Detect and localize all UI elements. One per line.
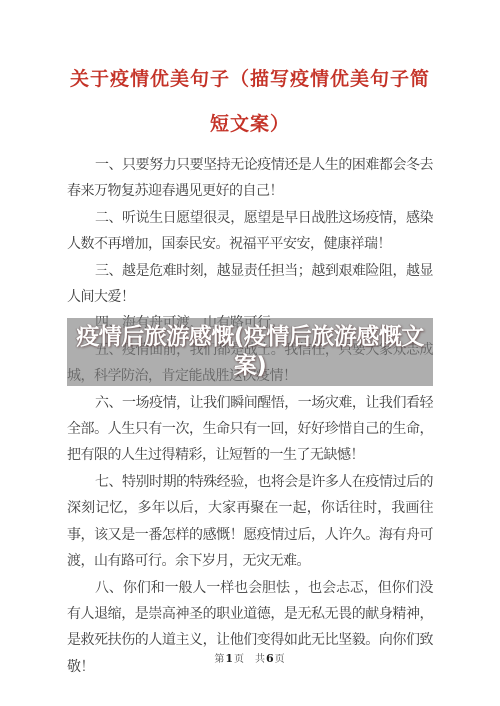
paragraph-3: 三、越是危难时刻，越显责任担当；越到艰难险阻，越显人间大爱！ — [67, 258, 433, 311]
document-page: 关于疫情优美句子（描写疫情优美句子简 短文案） 一、只要努力只要坚持无论疫情还是… — [0, 0, 500, 706]
document-title-line-2: 短文案） — [67, 102, 433, 147]
footer-current-page: 1 — [225, 652, 234, 665]
watermark-title-line-2: 案) — [234, 352, 267, 381]
footer-total-label-prefix: 共 — [255, 654, 266, 665]
footer-page-label-prefix: 第 — [214, 654, 225, 665]
page-footer: 第1页共6页 — [0, 650, 500, 665]
paragraph-7: 七、特别时期的特殊经验，也将会是许多人在疫情过后的深刻记忆，多年以后，大家再聚在… — [67, 469, 433, 575]
paragraph-6: 六、一场疫情，让我们瞬间醒悟，一场灾难，让我们看轻全部。人生只有一次，生命只有一… — [67, 390, 433, 469]
paragraph-2: 二、听说生日愿望很灵，愿望是早日战胜这场疫情，感染人数不再增加，国泰民安。祝福平… — [67, 205, 433, 258]
footer-page-label-suffix: 页 — [234, 654, 245, 665]
document-body: 一、只要努力只要坚持无论疫情还是人生的困难都会冬去春来万物复苏迎春遇见更好的自己… — [67, 152, 433, 680]
watermark-overlay-band: 疫情后旅游感慨(疫情后旅游感慨文 案) — [67, 318, 433, 386]
watermark-title-line-1: 疫情后旅游感慨(疫情后旅游感慨文 — [76, 323, 424, 352]
document-title: 关于疫情优美句子（描写疫情优美句子简 短文案） — [67, 57, 433, 147]
footer-total-label-suffix: 页 — [275, 654, 286, 665]
paragraph-1: 一、只要努力只要坚持无论疫情还是人生的困难都会冬去春来万物复苏迎春遇见更好的自己… — [67, 152, 433, 205]
footer-total-pages: 6 — [266, 652, 275, 665]
document-title-line-1: 关于疫情优美句子（描写疫情优美句子简 — [67, 57, 433, 102]
